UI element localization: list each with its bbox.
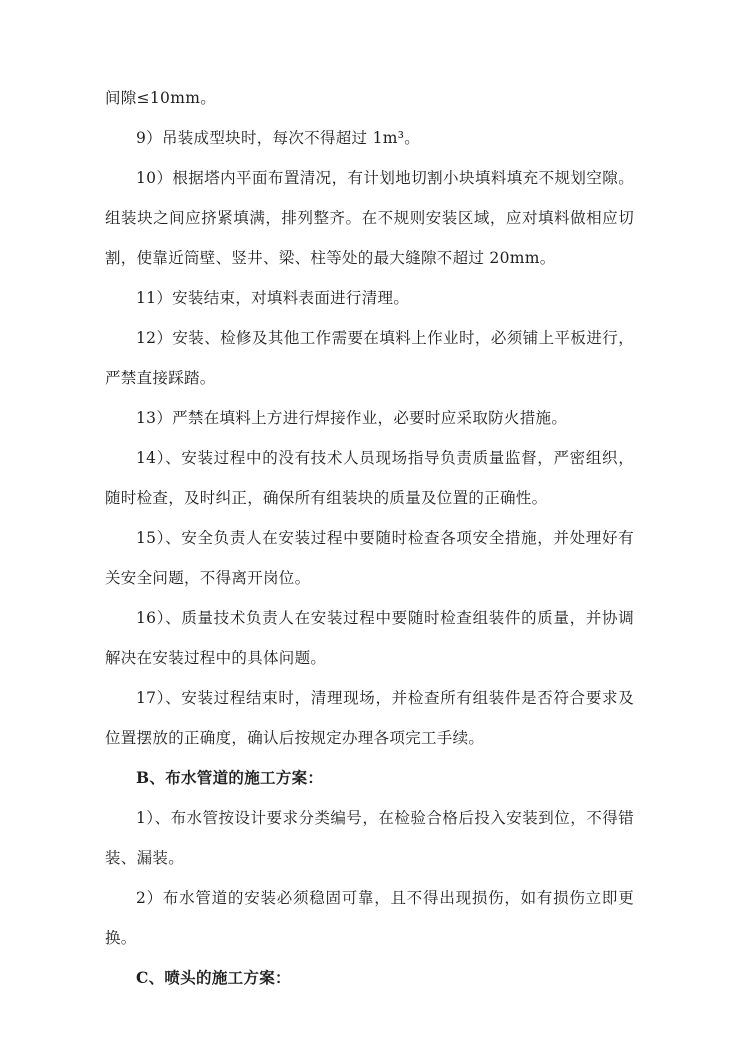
list-item-17: 17）、安装过程结束时，清理现场，并检查所有组装件是否符合要求及位置摆放的正确度… [105,678,634,758]
list-item-b2: 2）布水管道的安装必须稳固可靠，且不得出现损伤，如有损伤立即更换。 [105,878,634,958]
list-item-16: 16）、质量技术负责人在安装过程中要随时检查组装件的质量，并协调解决在安装过程中… [105,598,634,678]
section-heading-c: C、喷头的施工方案： [105,958,634,998]
section-heading-b: B、布水管道的施工方案： [105,758,634,798]
list-item-b1: 1）、布水管按设计要求分类编号，在检验合格后投入安装到位，不得错装、漏装。 [105,798,634,878]
list-item-12: 12）安装、检修及其他工作需要在填料上作业时，必须铺上平板进行，严禁直接踩踏。 [105,318,634,398]
document-page: 间隙≤10mm。 9）吊装成型块时，每次不得超过 1m³。 10）根据塔内平面布… [0,0,744,1052]
list-item-14: 14）、安装过程中的没有技术人员现场指导负责质量监督，严密组织，随时检查，及时纠… [105,438,634,518]
list-item-13: 13）严禁在填料上方进行焊接作业，必要时应采取防火措施。 [105,398,634,438]
list-item-9: 9）吊装成型块时，每次不得超过 1m³。 [105,118,634,158]
list-item-15: 15）、安全负责人在安装过程中要随时检查各项安全措施，并处理好有关安全问题，不得… [105,518,634,598]
list-item-10: 10）根据塔内平面布置清况，有计划地切割小块填料填充不规划空隙。组装块之间应挤紧… [105,158,634,278]
list-item-11: 11）安装结束，对填料表面进行清理。 [105,278,634,318]
paragraph-continuation-gap-note: 间隙≤10mm。 [105,78,634,118]
